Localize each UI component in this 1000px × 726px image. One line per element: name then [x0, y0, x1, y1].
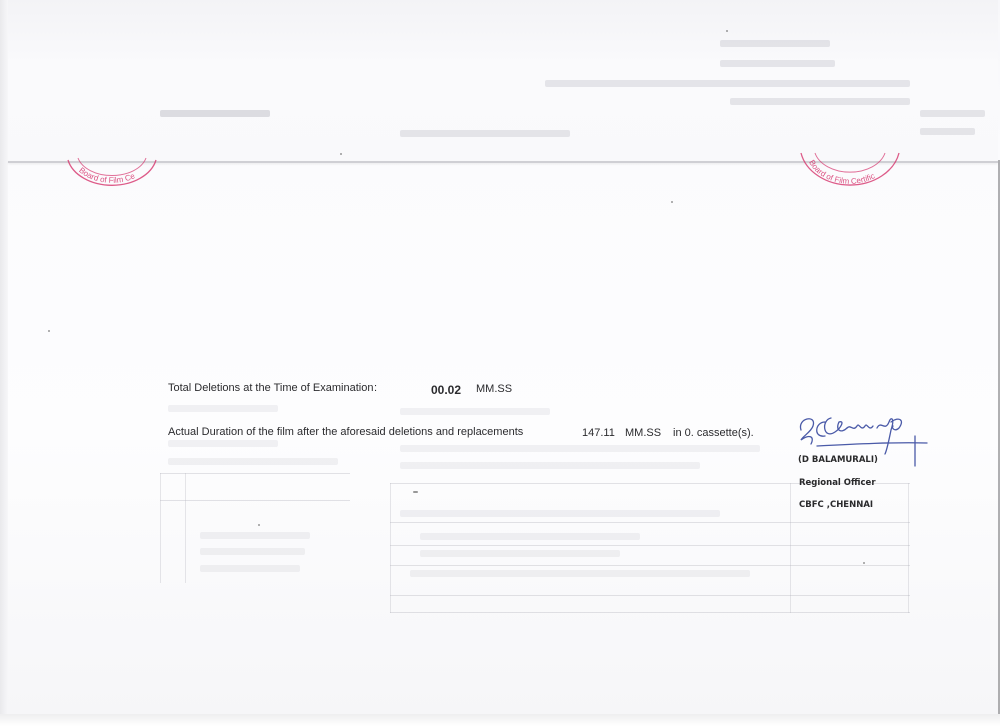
deletions-value: 00.02	[431, 383, 461, 397]
cassette-text: in 0. cassette(s).	[673, 427, 754, 439]
page-left-edge	[0, 0, 8, 726]
duration-value: 147.11	[582, 427, 615, 439]
signatory-designation: Regional Officer	[799, 478, 876, 488]
svg-text:Board of Film Certific: Board of Film Certific	[807, 158, 876, 186]
signatory-office: CBFC ,CHENNAI	[799, 500, 873, 510]
cbfc-stamp-right: Board of Film Certific	[795, 125, 905, 205]
cbfc-stamp-left: Board of Film Ce	[62, 140, 162, 190]
deletions-separator: :	[374, 382, 377, 394]
duration-unit: MM.SS	[625, 427, 661, 439]
deletions-label: Total Deletions at the Time of Examinati…	[168, 382, 373, 394]
signatory-name: (D BALAMURALI)	[798, 455, 878, 465]
deletions-unit: MM.SS	[476, 383, 512, 395]
page-bottom-edge	[0, 714, 1000, 726]
duration-label: Actual Duration of the film after the af…	[168, 426, 523, 438]
scanned-page: Board of Film Ce Board of Film Certific	[0, 0, 1000, 726]
